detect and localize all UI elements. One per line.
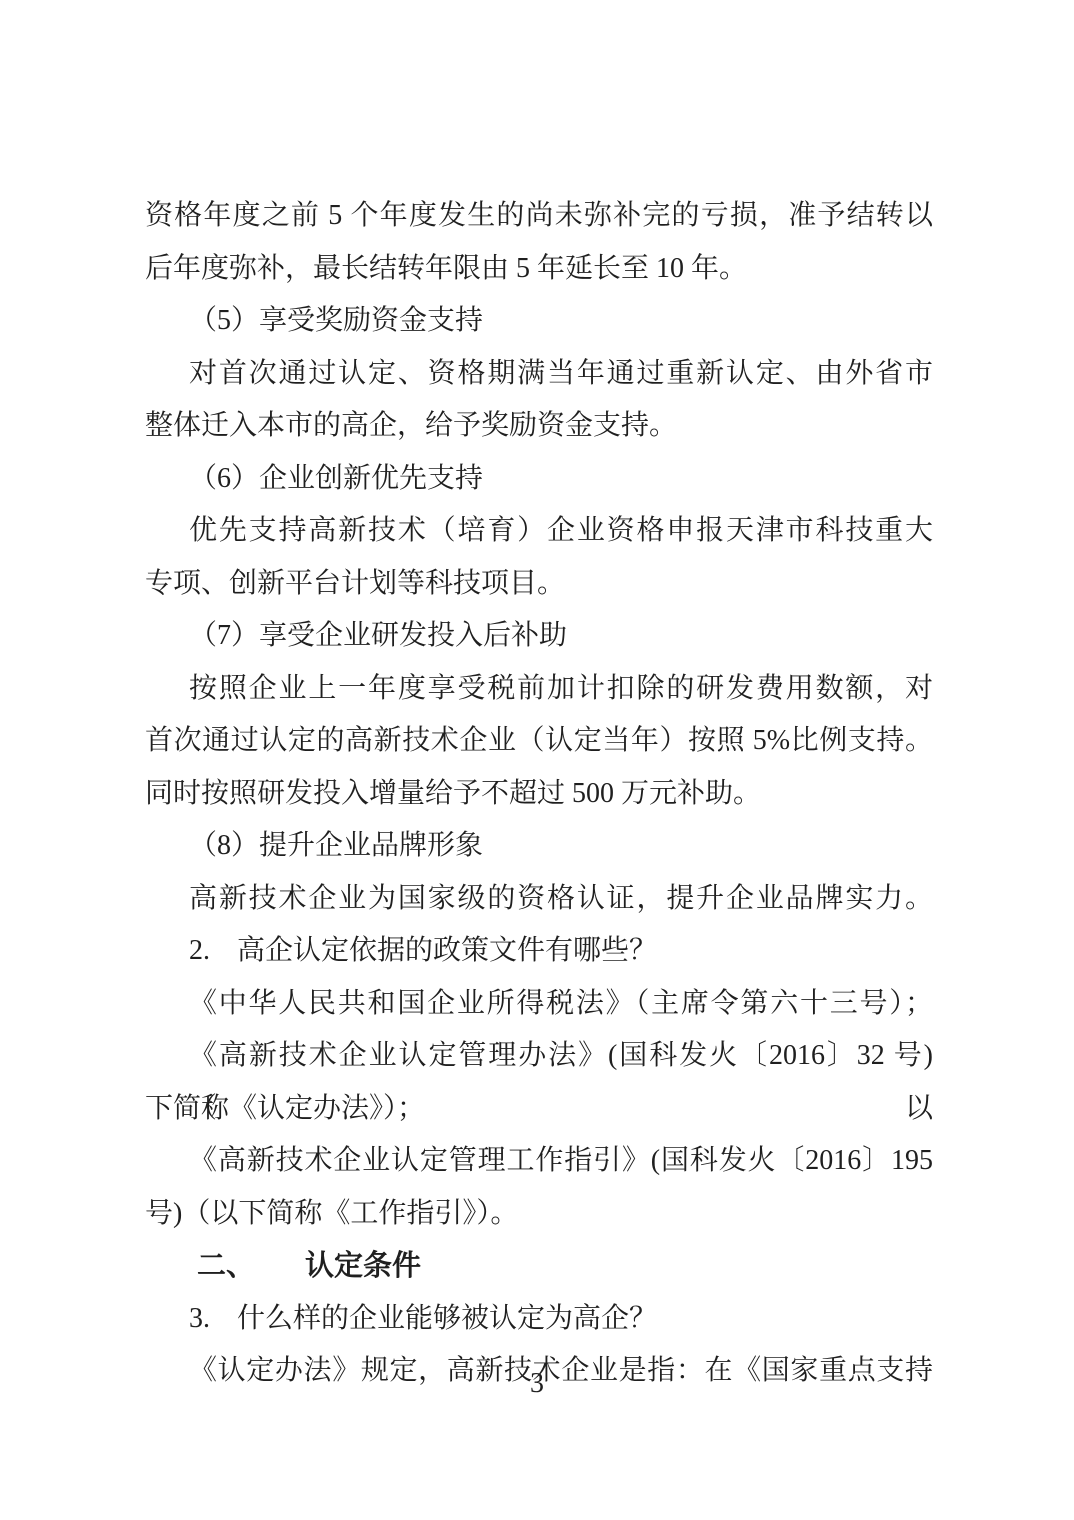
- text-line: 同时按照研发投入增量给予不超过 500 万元补助。: [145, 768, 933, 821]
- policy-doc-line: 号)（以下简称《工作指引》）。: [145, 1188, 933, 1241]
- text-line: 后年度弥补，最长结转年限由 5 年延长至 10 年。: [145, 243, 933, 296]
- question-3-line: 3.什么样的企业能够被认定为高企？: [145, 1293, 933, 1346]
- text-line: 资格年度之前 5 个年度发生的尚未弥补完的亏损，准予结转以: [145, 190, 933, 243]
- policy-doc-line: 《高新技术企业认定管理办法》(国科发火〔2016〕32 号)（以: [145, 1030, 933, 1083]
- section-heading-2: 二、认定条件: [145, 1240, 933, 1293]
- section-heading-number: 二、: [197, 1240, 305, 1293]
- text-line: 首次通过认定的高新技术企业（认定当年）按照 5%比例支持。: [145, 715, 933, 768]
- question-2-number: 2.: [189, 925, 237, 978]
- benefit-item-5-title: （5）享受奖励资金支持: [145, 295, 933, 348]
- text-line: 按照企业上一年度享受税前加计扣除的研发费用数额，对: [145, 663, 933, 716]
- page-number: 3: [0, 1368, 1074, 1400]
- benefit-item-8-title: （8）提升企业品牌形象: [145, 820, 933, 873]
- question-3-text: 什么样的企业能够被认定为高企？: [237, 1303, 657, 1334]
- text-line: 专项、创新平台计划等科技项目。: [145, 558, 933, 611]
- benefit-item-6-title: （6）企业创新优先支持: [145, 453, 933, 506]
- text-line: 对首次通过认定、资格期满当年通过重新认定、由外省市: [145, 348, 933, 401]
- text-line: 整体迁入本市的高企，给予奖励资金支持。: [145, 400, 933, 453]
- document-text-block: 资格年度之前 5 个年度发生的尚未弥补完的亏损，准予结转以 后年度弥补，最长结转…: [145, 190, 933, 1398]
- section-heading-text: 认定条件: [305, 1250, 421, 1282]
- policy-doc-line: 《高新技术企业认定管理工作指引》(国科发火〔2016〕195: [145, 1135, 933, 1188]
- document-page: 资格年度之前 5 个年度发生的尚未弥补完的亏损，准予结转以 后年度弥补，最长结转…: [0, 0, 1074, 1520]
- question-2-text: 高企认定依据的政策文件有哪些？: [237, 935, 657, 966]
- benefit-item-7-title: （7）享受企业研发投入后补助: [145, 610, 933, 663]
- policy-doc-line: 《中华人民共和国企业所得税法》（主席令第六十三号）；: [145, 978, 933, 1031]
- text-line: 优先支持高新技术（培育）企业资格申报天津市科技重大: [145, 505, 933, 558]
- question-2-line: 2.高企认定依据的政策文件有哪些？: [145, 925, 933, 978]
- text-line: 高新技术企业为国家级的资格认证，提升企业品牌实力。: [145, 873, 933, 926]
- question-3-number: 3.: [189, 1293, 237, 1346]
